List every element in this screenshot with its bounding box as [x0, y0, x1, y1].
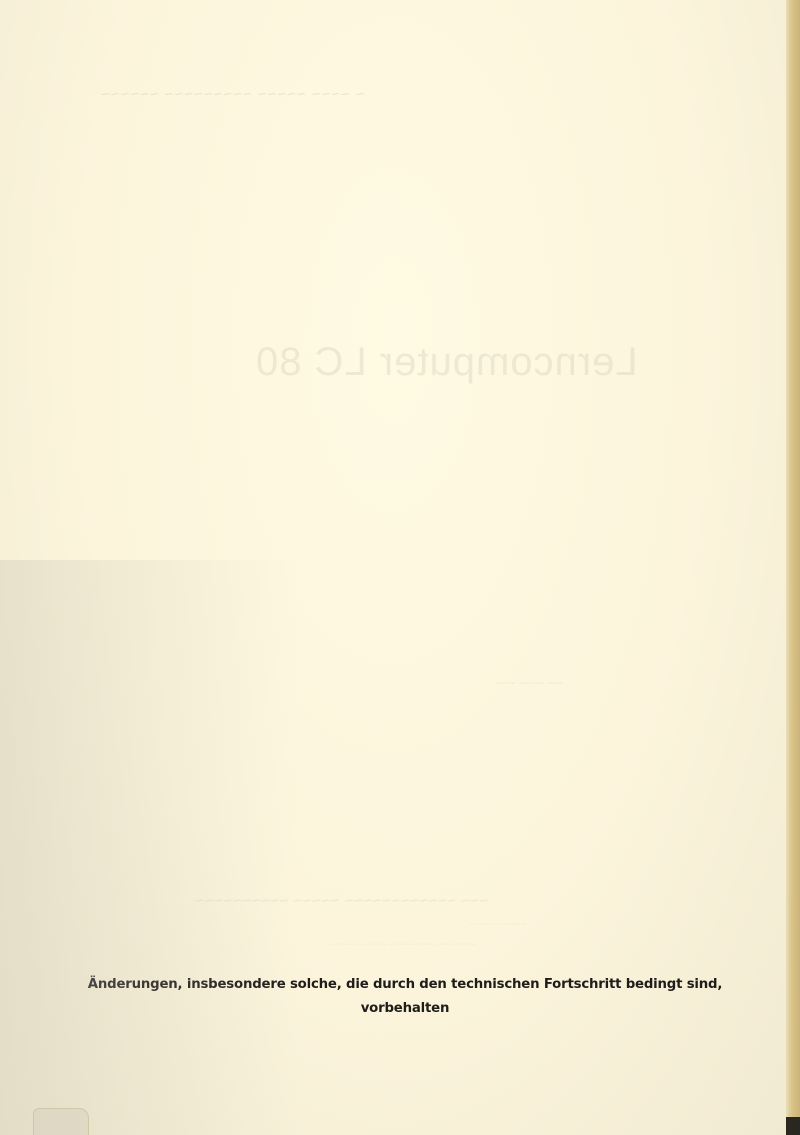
change-notice-line-2: vorbehalten	[60, 997, 750, 1021]
bleed-through-title: Lerncomputer LC 80	[255, 340, 638, 385]
bleed-through-publisher-subline-2: ~~~~~~~~ ~~~~~~~~~~ ~~~~~ ~~~~~~~	[330, 940, 477, 949]
bleed-through-small-line: ~~~ ~~~~~ ~~~~	[495, 678, 563, 688]
bleed-through-publisher-line: ~~~ ~~~~~~~~~~~~ ~~~~~ ~~~~~~~~~~	[195, 893, 489, 911]
change-notice: Änderungen, insbesondere solche, die dur…	[60, 973, 750, 1021]
bleed-through-top-line: ~ ~~~~ ~~~~~ ~~~~~~~~~ ~~~~~~	[100, 86, 365, 103]
scanned-page: ~ ~~~~ ~~~~~ ~~~~~~~~~ ~~~~~~ Lerncomput…	[0, 0, 786, 1135]
paper-stain	[33, 1108, 89, 1135]
bleed-through-publisher-subline: ~~~~~~~~~~~~	[470, 920, 526, 929]
page-binding-edge	[786, 0, 800, 1135]
change-notice-line-1: Änderungen, insbesondere solche, die dur…	[60, 973, 750, 997]
